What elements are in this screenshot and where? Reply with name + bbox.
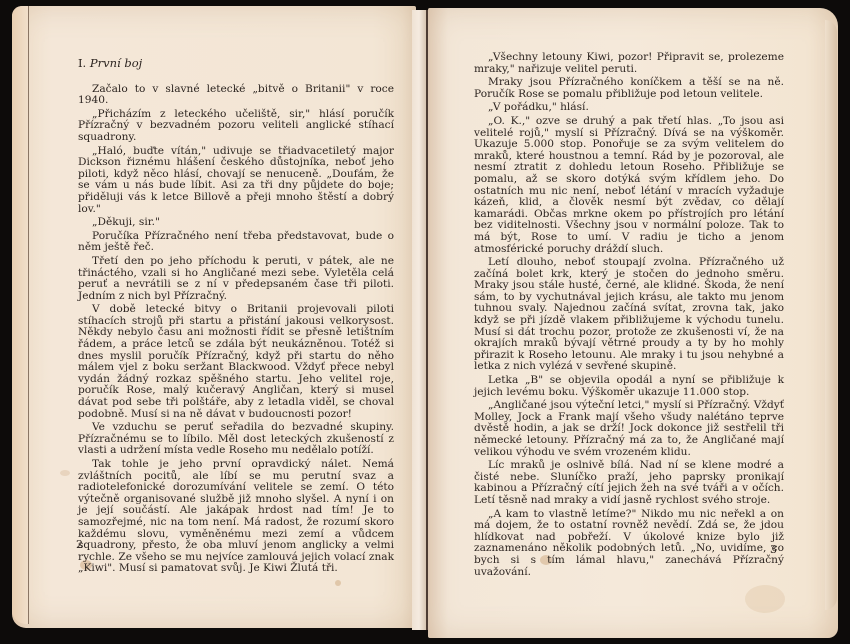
book-spread: I. První boj Začalo to v slavné letecké … — [0, 0, 850, 644]
paragraph: Poručíka Přízračného není třeba představ… — [78, 231, 394, 254]
paragraph: Ve vzduchu se peruť seřadila do bezvadné… — [78, 422, 394, 457]
paragraph: „V pořádku," hlásí. — [474, 102, 784, 114]
book-gutter — [412, 10, 428, 630]
right-page-text: „Všechny letouny Kiwi, pozor! Připravit … — [474, 52, 784, 580]
chapter-title: První boj — [90, 56, 142, 70]
paragraph: Začalo to v slavné letecké „bitvě o Brit… — [78, 84, 394, 107]
left-page-text: I. První boj Začalo to v slavné letecké … — [78, 58, 394, 577]
paragraph: „Děkuji, sir." — [78, 217, 394, 229]
left-page-edge — [12, 6, 29, 624]
page-number-right: 3 — [770, 543, 777, 556]
paragraph: V době letecké bitvy o Britanii projevov… — [78, 304, 394, 420]
paragraph: Letka „B" se objevila opodál a nyní se p… — [474, 375, 784, 398]
chapter-heading: I. První boj — [78, 58, 394, 70]
paragraph: Líc mraků je oslnivě bílá. Nad ní se kle… — [474, 460, 784, 506]
paragraph: „Přicházím z leteckého učeliště, sir," h… — [78, 109, 394, 144]
paragraph: „Všechny letouny Kiwi, pozor! Připravit … — [474, 52, 784, 75]
paragraph: „Haló, buďte vítán," udivuje se třiadvac… — [78, 146, 394, 216]
paragraph: Tak tohle je jeho první opravdický nálet… — [78, 459, 394, 575]
paragraph: Letí dlouho, neboť stoupají zvolna. Příz… — [474, 257, 784, 373]
paper-stain — [335, 580, 341, 586]
paragraph: Třetí den po jeho příchodu k peruti, v p… — [78, 256, 394, 302]
paragraph: Mraky jsou Přízračného koníčkem a těší s… — [474, 77, 784, 100]
paragraph: „A kam to vlastně letíme?" Nikdo mu nic … — [474, 509, 784, 579]
paper-stain — [60, 470, 70, 476]
paper-stain — [745, 585, 785, 613]
paragraph: „Angličané jsou výteční letci," myslí si… — [474, 400, 784, 458]
paragraph: „O. K.," ozve se druhý a pak třetí hlas.… — [474, 116, 784, 255]
page-number-left: 2 — [76, 538, 83, 551]
chapter-number: I. — [78, 56, 86, 70]
right-page-edge — [825, 20, 837, 610]
